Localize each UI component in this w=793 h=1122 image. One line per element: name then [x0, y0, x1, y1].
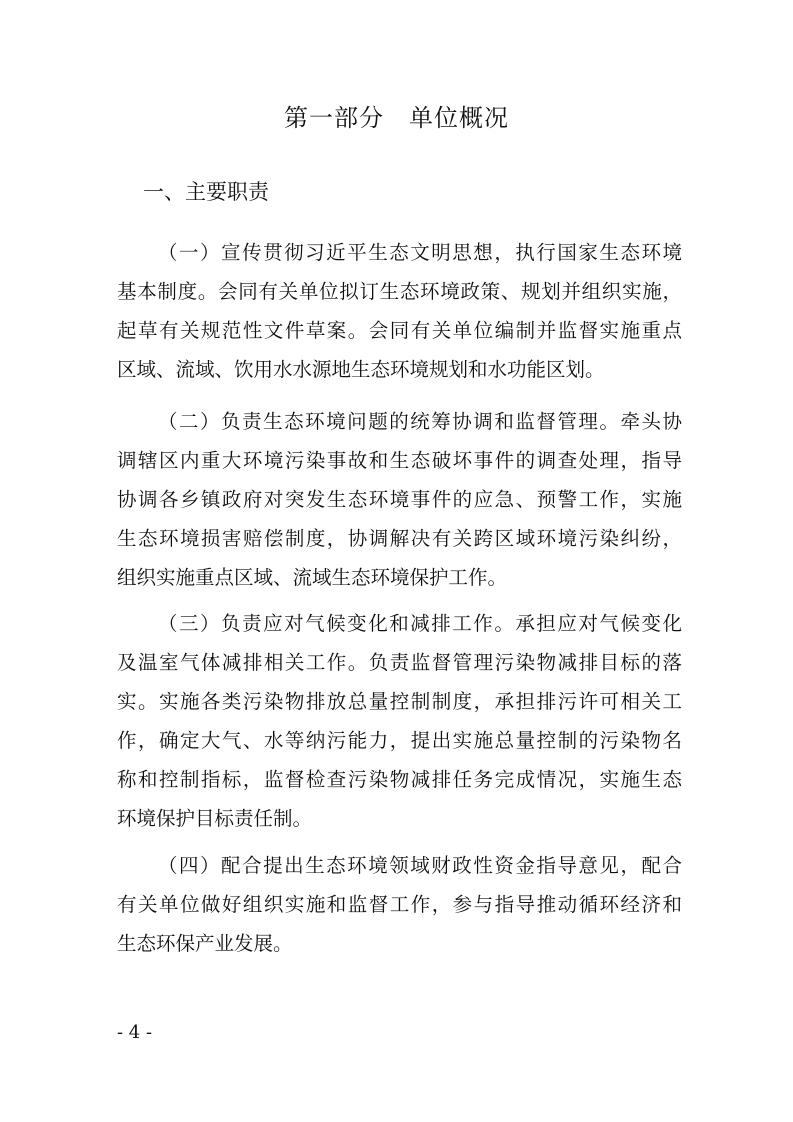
paragraph-duty-3: （三）负责应对气候变化和减排工作。承担应对气候变化 及温室气体减排相关工作。负责… — [117, 604, 682, 838]
paragraph-line: 称和控制指标，监督检查污染物减排任务完成情况，实施生态 — [117, 760, 682, 799]
page-title: 第一部分 单位概况 — [0, 100, 793, 136]
paragraph-line: 组织实施重点区域、流域生态环境保护工作。 — [117, 558, 682, 597]
page-number: - 4 - — [117, 1020, 152, 1046]
paragraph-duty-1: （一）宣传贯彻习近平生态文明思想，执行国家生态环境 基本制度。会同有关单位拟订生… — [117, 233, 682, 389]
paragraph-line: 调辖区内重大环境污染事故和生态破坏事件的调查处理，指导 — [117, 441, 682, 480]
paragraph-line: 起草有关规范性文件草案。会同有关单位编制并监督实施重点 — [117, 311, 682, 350]
paragraph-line: 区域、流域、饮用水水源地生态环境规划和水功能区划。 — [117, 350, 682, 389]
paragraph-line: 及温室气体减排相关工作。负责监督管理污染物减排目标的落 — [117, 643, 682, 682]
paragraph-line: 生态环境损害赔偿制度，协调解决有关跨区域环境污染纠纷， — [117, 519, 682, 558]
paragraph-line: 实。实施各类污染物排放总量控制制度，承担排污许可相关工 — [117, 682, 682, 721]
paragraph-line: （二）负责生态环境问题的统筹协调和监督管理。牵头协 — [117, 402, 682, 441]
paragraph-line: 作，确定大气、水等纳污能力，提出实施总量控制的污染物名 — [117, 721, 682, 760]
document-page: 第一部分 单位概况 一、主要职责 （一）宣传贯彻习近平生态文明思想，执行国家生态… — [0, 0, 793, 1122]
paragraph-line: 协调各乡镇政府对突发生态环境事件的应急、预警工作，实施 — [117, 480, 682, 519]
paragraph-line: （一）宣传贯彻习近平生态文明思想，执行国家生态环境 — [117, 233, 682, 272]
section-heading-main-duties: 一、主要职责 — [143, 176, 269, 208]
paragraph-duty-2: （二）负责生态环境问题的统筹协调和监督管理。牵头协 调辖区内重大环境污染事故和生… — [117, 402, 682, 597]
paragraph-line: 基本制度。会同有关单位拟订生态环境政策、规划并组织实施， — [117, 272, 682, 311]
paragraph-line: （四）配合提出生态环境领域财政性资金指导意见，配合 — [117, 846, 682, 885]
paragraph-line: 生态环保产业发展。 — [117, 924, 682, 963]
paragraph-line: 环境保护目标责任制。 — [117, 799, 682, 838]
paragraph-line: （三）负责应对气候变化和减排工作。承担应对气候变化 — [117, 604, 682, 643]
paragraph-line: 有关单位做好组织实施和监督工作，参与指导推动循环经济和 — [117, 885, 682, 924]
paragraph-duty-4: （四）配合提出生态环境领域财政性资金指导意见，配合 有关单位做好组织实施和监督工… — [117, 846, 682, 963]
